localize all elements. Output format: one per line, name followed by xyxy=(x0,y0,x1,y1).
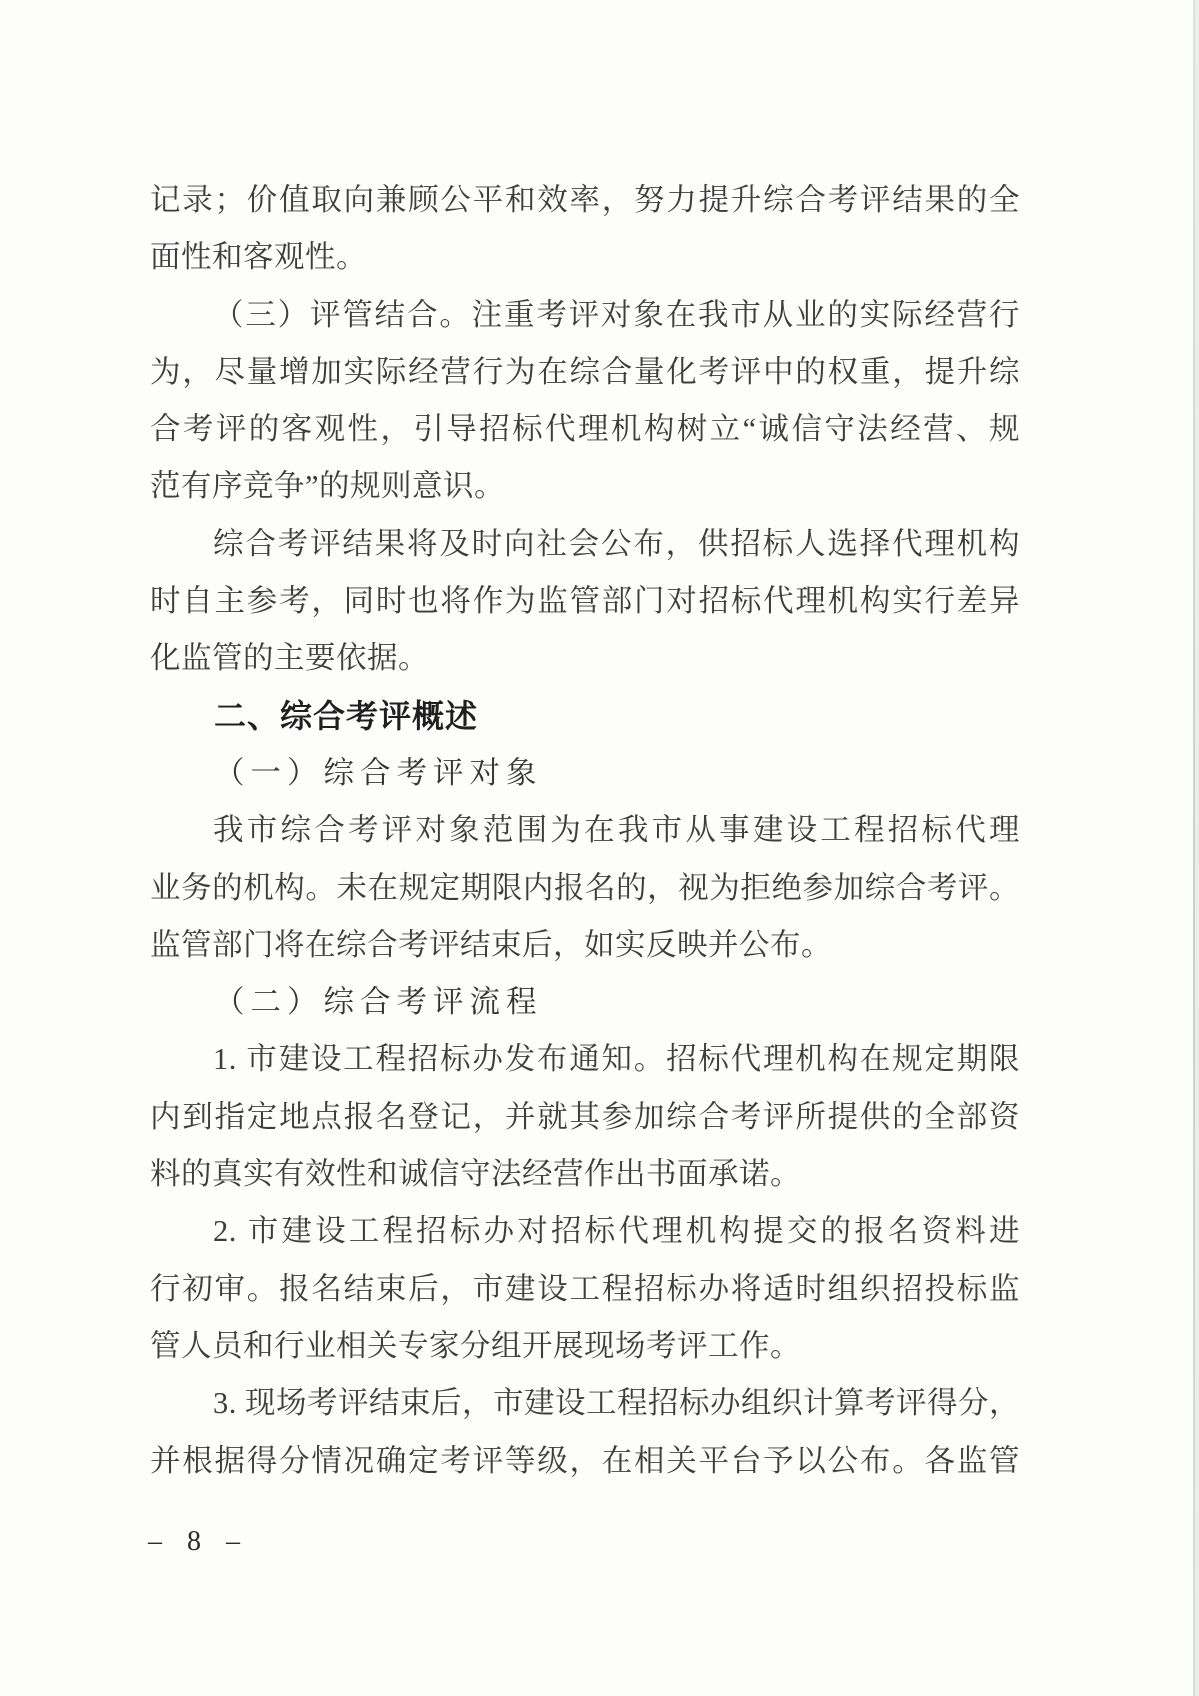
subsection-heading: （一）综合考评对象 xyxy=(150,745,1020,802)
text-line: 料的真实有效性和诚信守法经营作出书面承诺。 xyxy=(150,1146,1020,1203)
text-line: 管人员和行业相关专家分组开展现场考评工作。 xyxy=(150,1318,1020,1375)
text-line: 监管部门将在综合考评结束后，如实反映并公布。 xyxy=(150,917,1020,974)
text-line: 化监管的主要依据。 xyxy=(150,630,1020,687)
subsection-heading: （二）综合考评流程 xyxy=(150,974,1020,1031)
text-line: 2. 市建设工程招标办对招标代理机构提交的报名资料进 xyxy=(150,1203,1020,1260)
text-line: 为，尽量增加实际经营行为在综合量化考评中的权重，提升综 xyxy=(150,344,1020,401)
text-line: 3. 现场考评结束后，市建设工程招标办组织计算考评得分， xyxy=(150,1375,1020,1432)
document-page: 记录；价值取向兼顾公平和效率，努力提升综合考评结果的全 面性和客观性。 （三）评… xyxy=(0,0,1199,1696)
text-line: 我市综合考评对象范围为在我市从事建设工程招标代理 xyxy=(150,802,1020,859)
text-line: 范有序竞争”的规则意识。 xyxy=(150,458,1020,515)
text-line: 记录；价值取向兼顾公平和效率，努力提升综合考评结果的全 xyxy=(150,172,1020,229)
document-text-block: 记录；价值取向兼顾公平和效率，努力提升综合考评结果的全 面性和客观性。 （三）评… xyxy=(150,172,1020,1490)
text-line: 综合考评结果将及时向社会公布，供招标人选择代理机构 xyxy=(150,516,1020,573)
text-line: 内到指定地点报名登记，并就其参加综合考评所提供的全部资 xyxy=(150,1089,1020,1146)
scan-edge-line xyxy=(1193,0,1195,1696)
page-number: – 8 – xyxy=(148,1522,249,1562)
text-line: 时自主参考，同时也将作为监管部门对招标代理机构实行差异 xyxy=(150,573,1020,630)
text-line: 行初审。报名结束后，市建设工程招标办将适时组织招投标监 xyxy=(150,1261,1020,1318)
text-line: 面性和客观性。 xyxy=(150,229,1020,286)
text-line: 并根据得分情况确定考评等级，在相关平台予以公布。各监管 xyxy=(150,1433,1020,1490)
section-heading: 二、综合考评概述 xyxy=(150,688,1020,745)
text-line: （三）评管结合。注重考评对象在我市从业的实际经营行 xyxy=(150,287,1020,344)
text-line: 业务的机构。未在规定期限内报名的，视为拒绝参加综合考评。 xyxy=(150,860,1020,917)
text-line: 1. 市建设工程招标办发布通知。招标代理机构在规定期限 xyxy=(150,1031,1020,1088)
text-line: 合考评的客观性，引导招标代理机构树立“诚信守法经营、规 xyxy=(150,401,1020,458)
